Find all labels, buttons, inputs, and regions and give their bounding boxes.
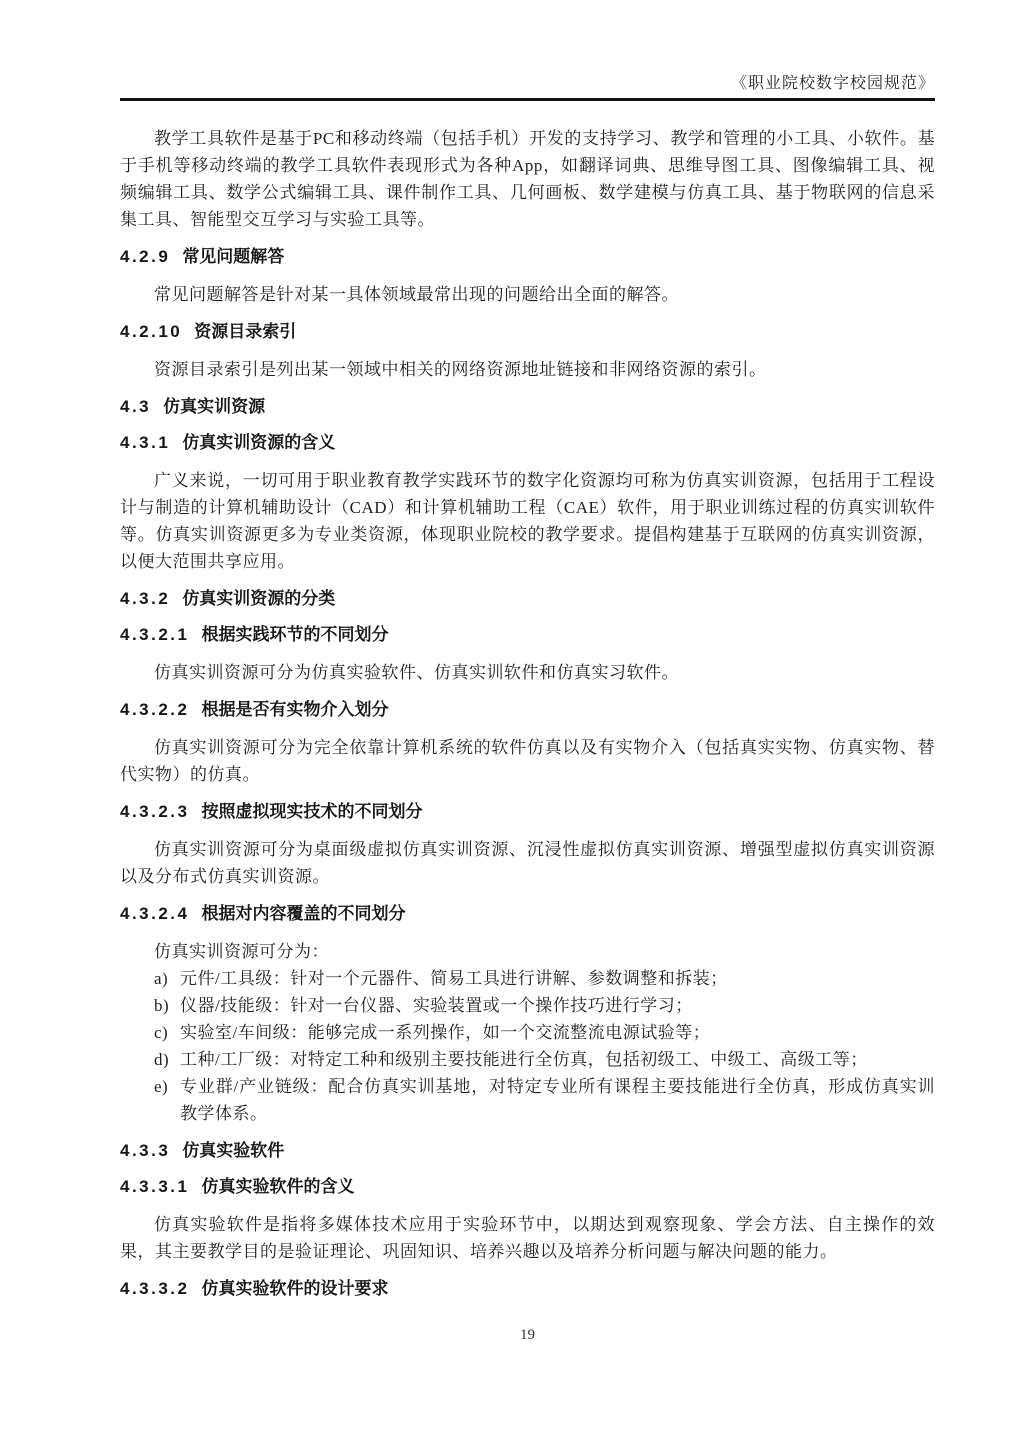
- section-title: 仿真实验软件的含义: [202, 1177, 355, 1196]
- classification-list: a)元件/工具级：针对一个元器件、简易工具进行讲解、参数调整和拆装；b)仪器/技…: [120, 965, 935, 1127]
- section-number: 4.3.1: [120, 433, 170, 452]
- section-title: 根据实践环节的不同划分: [202, 625, 389, 644]
- section-number: 4.2.10: [120, 322, 182, 341]
- section-number: 4.3.2: [120, 589, 170, 608]
- list-item: b)仪器/技能级：针对一台仪器、实验装置或一个操作技巧进行学习；: [154, 992, 935, 1019]
- section-title: 仿真实训资源的分类: [182, 589, 335, 608]
- body-paragraph: 教学工具软件是基于PC和移动终端（包括手机）开发的支持学习、教学和管理的小工具、…: [120, 125, 935, 233]
- section-number: 4.3.3.2: [120, 1279, 190, 1298]
- list-item-marker: e): [154, 1073, 180, 1127]
- section-heading: 4.3.3.1仿真实验软件的含义: [120, 1175, 935, 1199]
- list-item: a)元件/工具级：针对一个元器件、简易工具进行讲解、参数调整和拆装；: [154, 965, 935, 992]
- section-title: 根据对内容覆盖的不同划分: [202, 904, 406, 923]
- section-title: 仿真实验软件: [182, 1141, 284, 1160]
- section-heading: 4.3.2仿真实训资源的分类: [120, 587, 935, 611]
- list-item: c)实验室/车间级：能够完成一系列操作，如一个交流整流电源试验等；: [154, 1019, 935, 1046]
- list-item-text: 元件/工具级：针对一个元器件、简易工具进行讲解、参数调整和拆装；: [180, 965, 935, 992]
- section-title: 根据是否有实物介入划分: [202, 700, 389, 719]
- section-number: 4.2.9: [120, 247, 170, 266]
- section-heading: 4.3.1仿真实训资源的含义: [120, 431, 935, 455]
- section-title: 常见问题解答: [182, 247, 284, 266]
- page-header: 《职业院校数字校园规范》: [120, 0, 935, 101]
- body-paragraph: 广义来说，一切可用于职业教育教学实践环节的数字化资源均可称为仿真实训资源，包括用…: [120, 467, 935, 575]
- list-item-marker: a): [154, 965, 180, 992]
- header-title: 《职业院校数字校园规范》: [731, 75, 935, 92]
- section-number: 4.3: [120, 397, 151, 416]
- section-heading: 4.3.2.4根据对内容覆盖的不同划分: [120, 902, 935, 926]
- section-number: 4.3.2.1: [120, 625, 190, 644]
- section-heading: 4.3.3.2仿真实验软件的设计要求: [120, 1277, 935, 1301]
- section-number: 4.3.2.3: [120, 802, 190, 821]
- section-title: 资源目录索引: [194, 322, 296, 341]
- section-title: 仿真实训资源的含义: [182, 433, 335, 452]
- body-paragraph: 仿真实训资源可分为完全依靠计算机系统的软件仿真以及有实物介入（包括真实实物、仿真…: [120, 734, 935, 788]
- section-number: 4.3.3.1: [120, 1177, 190, 1196]
- list-item-marker: b): [154, 992, 180, 1019]
- section-heading: 4.3.2.3按照虚拟现实技术的不同划分: [120, 800, 935, 824]
- list-item-text: 实验室/车间级：能够完成一系列操作，如一个交流整流电源试验等；: [180, 1019, 935, 1046]
- list-item-marker: d): [154, 1046, 180, 1073]
- body-paragraph: 仿真实训资源可分为：: [120, 938, 935, 965]
- body-paragraph: 仿真实训资源可分为仿真实验软件、仿真实训软件和仿真实习软件。: [120, 659, 935, 686]
- page-number: 19: [120, 1327, 935, 1344]
- section-heading: 4.3.2.1根据实践环节的不同划分: [120, 623, 935, 647]
- list-item: d)工种/工厂级：对特定工种和级别主要技能进行全仿真，包括初级工、中级工、高级工…: [154, 1046, 935, 1073]
- section-heading: 4.3仿真实训资源: [120, 395, 935, 419]
- section-number: 4.3.2.4: [120, 904, 190, 923]
- section-heading: 4.2.10资源目录索引: [120, 320, 935, 344]
- section-title: 仿真实训资源: [163, 397, 265, 416]
- body-paragraph: 资源目录索引是列出某一领域中相关的网络资源地址链接和非网络资源的索引。: [120, 356, 935, 383]
- list-item-text: 仪器/技能级：针对一台仪器、实验装置或一个操作技巧进行学习；: [180, 992, 935, 1019]
- section-title: 按照虚拟现实技术的不同划分: [202, 802, 423, 821]
- body-paragraph: 仿真实训资源可分为桌面级虚拟仿真实训资源、沉浸性虚拟仿真实训资源、增强型虚拟仿真…: [120, 836, 935, 890]
- section-number: 4.3.3: [120, 1141, 170, 1160]
- section-heading: 4.2.9常见问题解答: [120, 245, 935, 269]
- body-paragraph: 仿真实验软件是指将多媒体技术应用于实验环节中，以期达到观察现象、学会方法、自主操…: [120, 1211, 935, 1265]
- document-body: 教学工具软件是基于PC和移动终端（包括手机）开发的支持学习、教学和管理的小工具、…: [120, 125, 935, 1301]
- section-title: 仿真实验软件的设计要求: [202, 1279, 389, 1298]
- list-item-text: 工种/工厂级：对特定工种和级别主要技能进行全仿真，包括初级工、中级工、高级工等；: [180, 1046, 935, 1073]
- body-paragraph: 常见问题解答是针对某一具体领域最常出现的问题给出全面的解答。: [120, 281, 935, 308]
- section-heading: 4.3.3仿真实验软件: [120, 1139, 935, 1163]
- document-page: 《职业院校数字校园规范》 教学工具软件是基于PC和移动终端（包括手机）开发的支持…: [120, 0, 935, 1344]
- list-item-text: 专业群/产业链级：配合仿真实训基地，对特定专业所有课程主要技能进行全仿真，形成仿…: [180, 1073, 935, 1127]
- list-item-marker: c): [154, 1019, 180, 1046]
- section-heading: 4.3.2.2根据是否有实物介入划分: [120, 698, 935, 722]
- section-number: 4.3.2.2: [120, 700, 190, 719]
- list-item: e)专业群/产业链级：配合仿真实训基地，对特定专业所有课程主要技能进行全仿真，形…: [154, 1073, 935, 1127]
